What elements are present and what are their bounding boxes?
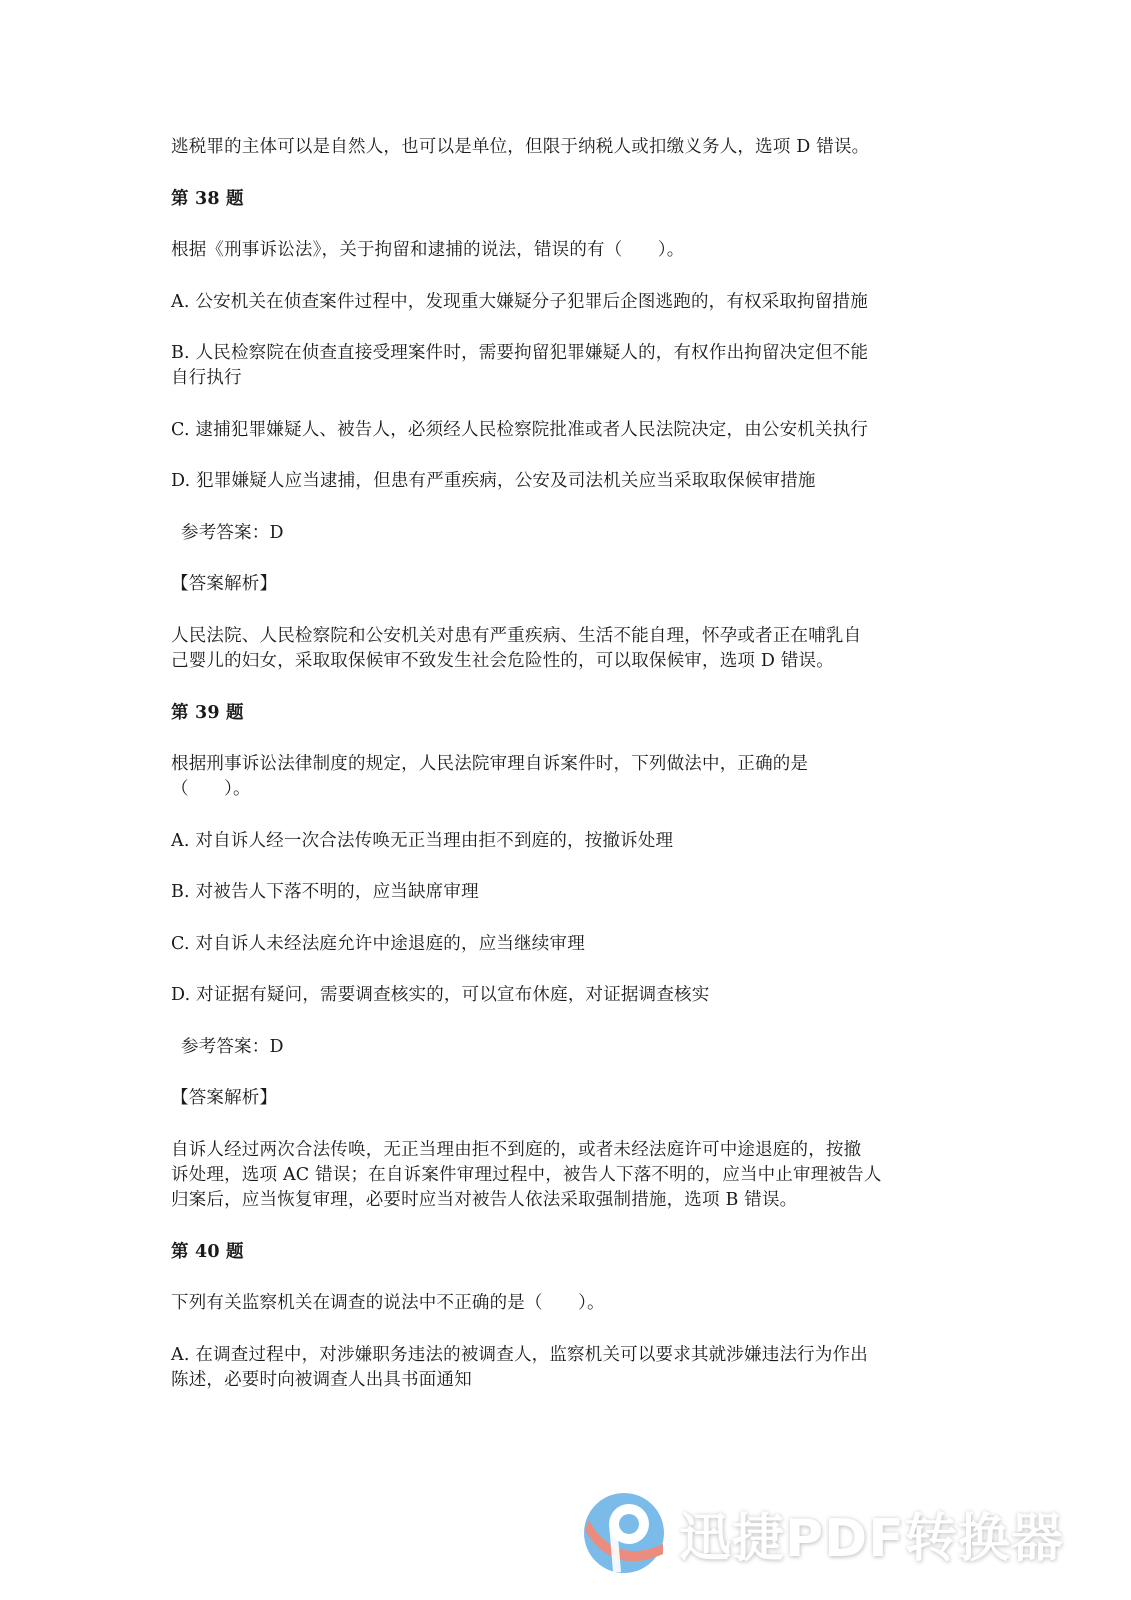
analysis-text: 归案后，应当恢复审理，必要时应当对被告人依法采取强制措施，选项 B 错误。 — [171, 1188, 797, 1213]
question-stem: 根据刑事诉讼法律制度的规定，人民法院审理自诉案件时，下列做法中，正确的是 — [171, 752, 808, 777]
question-stem: 根据《刑事诉讼法》，关于拘留和逮捕的说法，错误的有（ ）。 — [171, 238, 685, 263]
option-d: D. 犯罪嫌疑人应当逮捕，但患有严重疾病，公安及司法机关应当采取取保候审措施 — [171, 469, 816, 494]
analysis-heading: 【答案解析】 — [171, 1086, 277, 1111]
option-c: C. 逮捕犯罪嫌疑人、被告人，必须经人民检察院批准或者人民法院决定，由公安机关执… — [171, 418, 868, 443]
watermark: 迅捷PDF转换器 — [583, 1488, 1064, 1578]
question-title: 第 39 题 — [171, 701, 244, 726]
option-b-continued: 自行执行 — [171, 366, 242, 391]
paragraph-text: 逃税罪的主体可以是自然人，也可以是单位，但限于纳税人或扣缴义务人，选项 D 错误… — [171, 135, 869, 160]
option-b: B. 人民检察院在侦查直接受理案件时，需要拘留犯罪嫌疑人的，有权作出拘留决定但不… — [171, 341, 868, 366]
question-stem-continued: （ ）。 — [171, 777, 251, 802]
analysis-text: 己婴儿的妇女，采取取保候审不致发生社会危险性的，可以取保候审，选项 D 错误。 — [171, 649, 834, 674]
question-stem: 下列有关监察机关在调查的说法中不正确的是（ ）。 — [171, 1291, 605, 1316]
option-b: B. 对被告人下落不明的，应当缺席审理 — [171, 880, 479, 905]
option-a: A. 在调查过程中，对涉嫌职务违法的被调查人，监察机关可以要求其就涉嫌违法行为作… — [171, 1343, 868, 1368]
watermark-text: 迅捷PDF转换器 — [679, 1496, 1064, 1571]
reference-answer: 参考答案：D — [181, 1035, 284, 1060]
reference-answer: 参考答案：D — [181, 521, 284, 546]
analysis-text: 诉处理，选项 AC 错误；在自诉案件审理过程中，被告人下落不明的，应当中止审理被… — [171, 1163, 882, 1188]
pdf-converter-logo-icon — [583, 1492, 665, 1574]
option-c: C. 对自诉人未经法庭允许中途退庭的，应当继续审理 — [171, 932, 585, 957]
analysis-heading: 【答案解析】 — [171, 572, 277, 597]
option-a-continued: 陈述，必要时向被调查人出具书面通知 — [171, 1368, 472, 1393]
option-a: A. 对自诉人经一次合法传唤无正当理由拒不到庭的，按撤诉处理 — [171, 829, 673, 854]
question-title: 第 38 题 — [171, 187, 244, 212]
question-title: 第 40 题 — [171, 1240, 244, 1265]
analysis-text: 人民法院、人民检察院和公安机关对患有严重疾病、生活不能自理，怀孕或者正在哺乳自 — [171, 624, 861, 649]
option-d: D. 对证据有疑问，需要调查核实的，可以宣布休庭，对证据调查核实 — [171, 983, 709, 1008]
analysis-text: 自诉人经过两次合法传唤，无正当理由拒不到庭的，或者未经法庭许可中途退庭的，按撤 — [171, 1138, 861, 1163]
option-a: A. 公安机关在侦查案件过程中，发现重大嫌疑分子犯罪后企图逃跑的，有权采取拘留措… — [171, 290, 868, 315]
